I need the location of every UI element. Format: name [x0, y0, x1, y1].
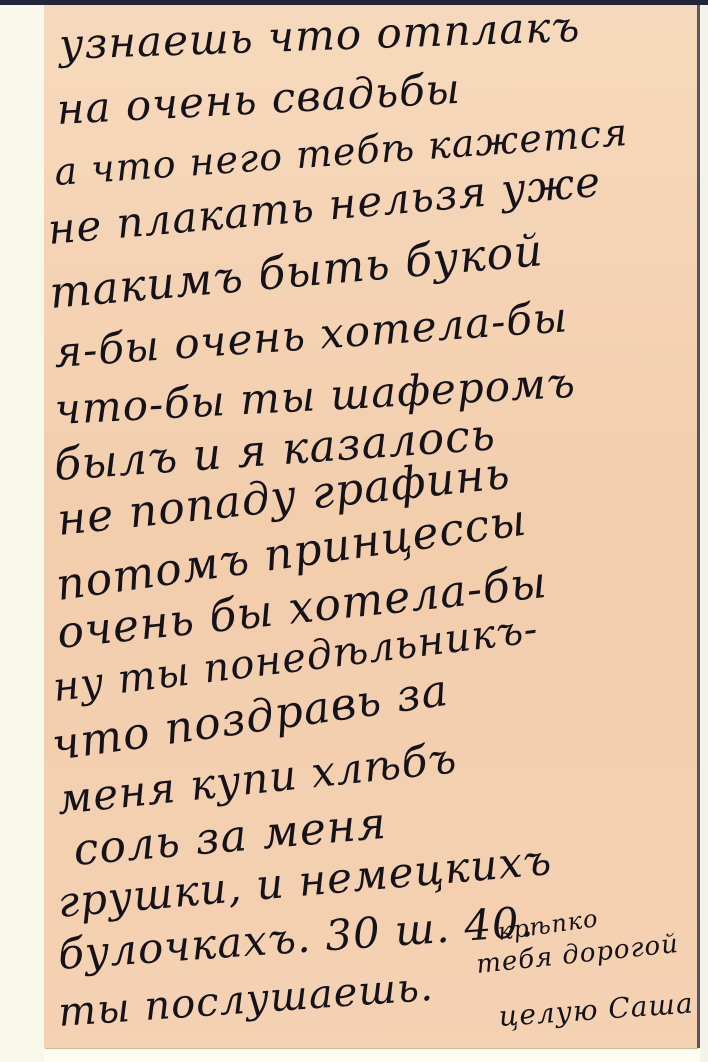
- scan-background-left: [0, 5, 44, 1062]
- scan-background-right: [700, 5, 708, 1062]
